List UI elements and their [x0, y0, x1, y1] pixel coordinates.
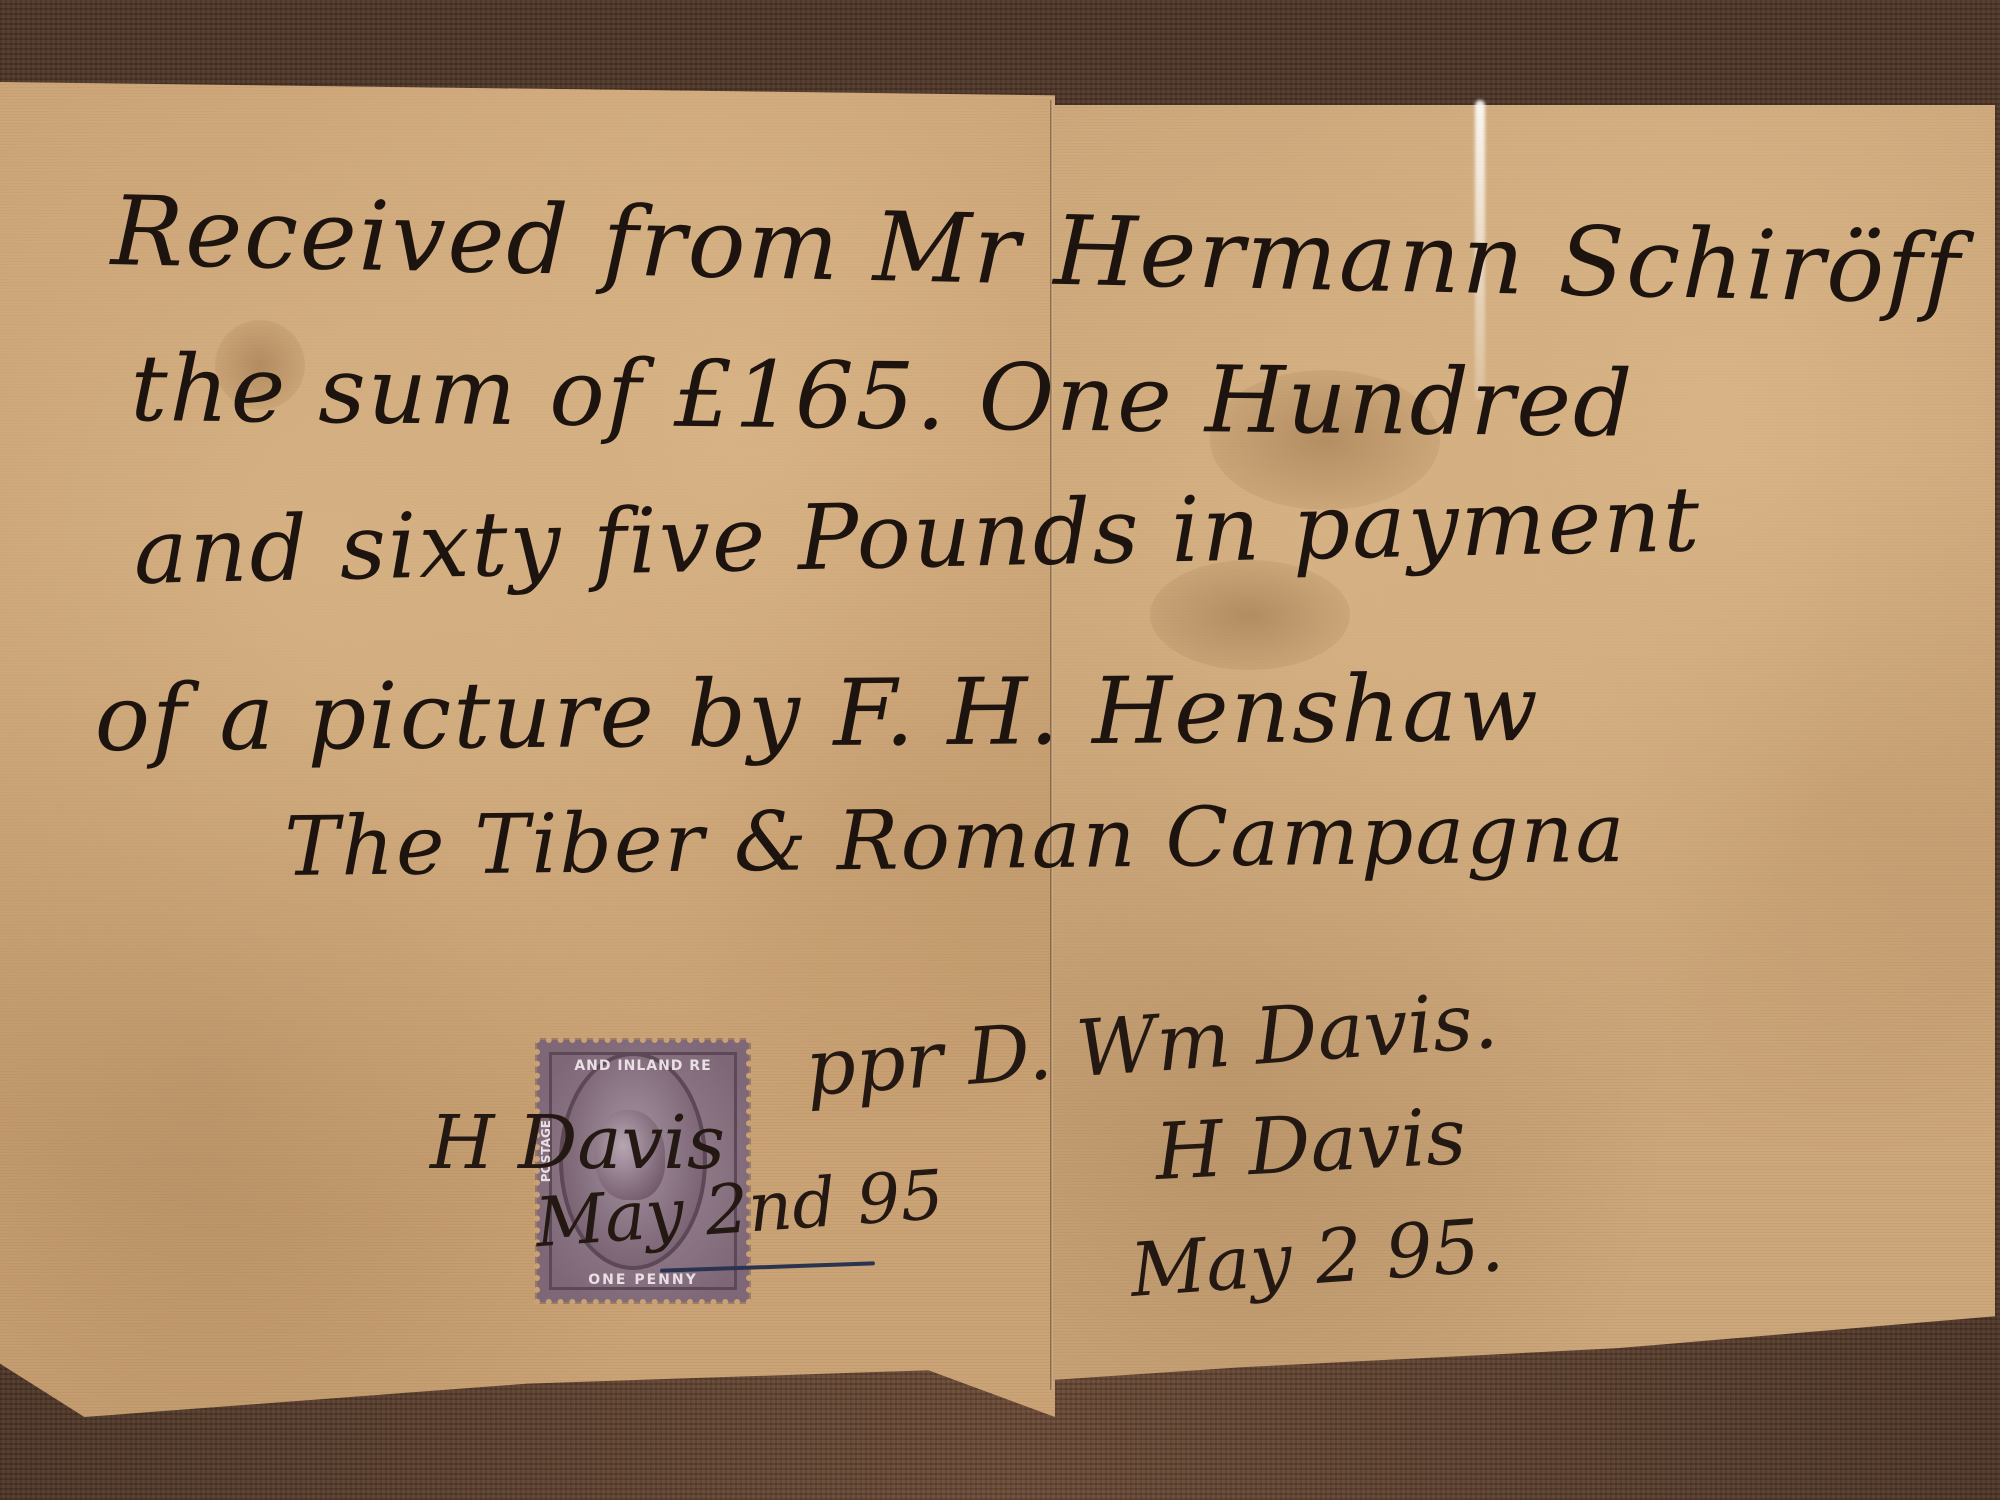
stamp-bottom-text: ONE PENNY	[537, 1272, 749, 1288]
artwork-title: The Tiber & Roman Campagna	[284, 786, 1627, 895]
right-signature: H Davis	[1153, 1092, 1468, 1198]
receipt-line-4: of a picture by F. H. Henshaw	[94, 655, 1540, 772]
receipt-line-2: the sum of £165. One Hundred	[130, 335, 1635, 458]
stamp-top-text: AND INLAND RE	[537, 1058, 749, 1074]
